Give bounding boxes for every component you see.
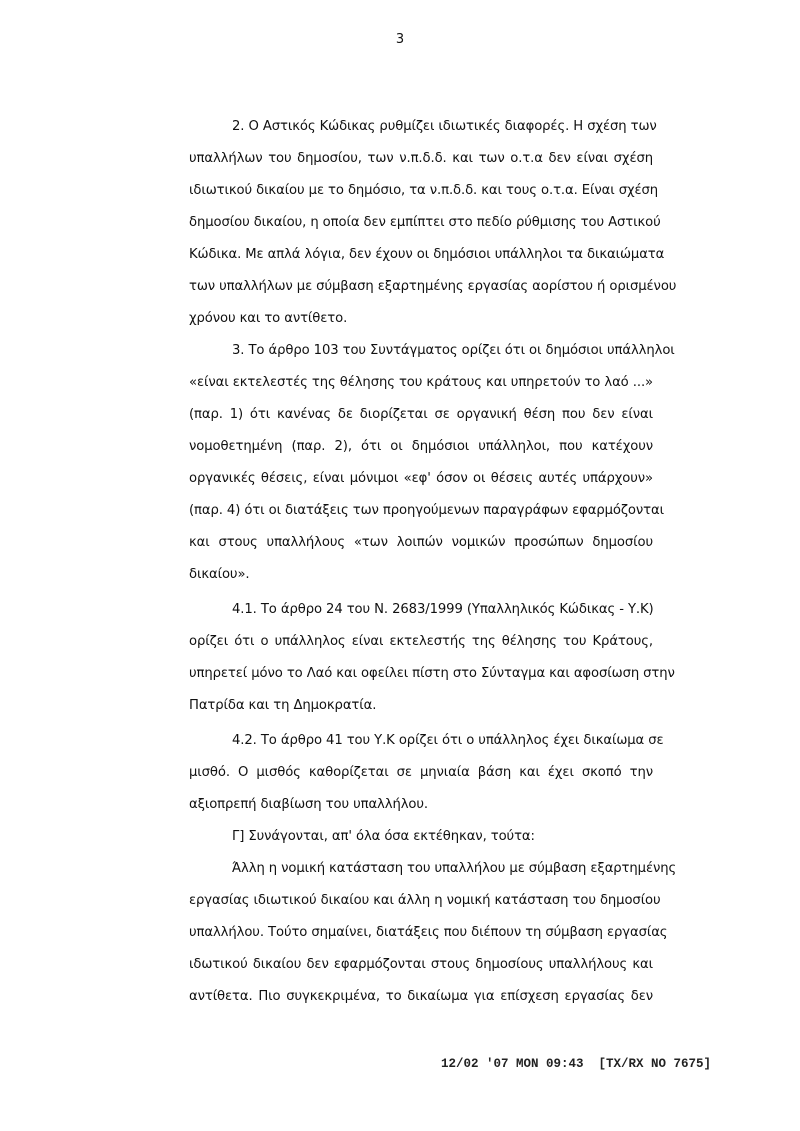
- paragraph-4-1: 4.1. Το άρθρο 24 του Ν. 2683/1999 (Υπαλλ…: [189, 594, 653, 722]
- text-line: Γ] Συνάγονται, απ' όλα όσα εκτέθηκαν, το…: [189, 821, 653, 853]
- text-line: των υπαλλήλων με σύμβαση εξαρτημένης εργ…: [189, 271, 653, 303]
- text-line: Κώδικα. Με απλά λόγια, δεν έχουν οι δημό…: [189, 239, 653, 271]
- text-line: ιδωτικού δικαίου δεν εφαρμόζονται στους …: [189, 949, 653, 981]
- text-line: αντίθετα. Πιο συγκεκριμένα, το δικαίωμα …: [189, 981, 653, 1013]
- text-line: δημοσίου δικαίου, η οποία δεν εμπίπτει σ…: [189, 207, 653, 239]
- section-gamma-heading: Γ] Συνάγονται, απ' όλα όσα εκτέθηκαν, το…: [189, 821, 653, 853]
- text-line: χρόνου και το αντίθετο.: [189, 303, 653, 335]
- text-line: Άλλη η νομική κατάσταση του υπαλλήλου με…: [189, 853, 653, 885]
- text-line: ορίζει ότι ο υπάλληλος είναι εκτελεστής …: [189, 626, 653, 658]
- text-line: (παρ. 4) ότι οι διατάξεις των προηγούμεν…: [189, 495, 653, 527]
- text-line: υπαλλήλου. Τούτο σημαίνει, διατάξεις που…: [189, 917, 653, 949]
- text-line: 4.1. Το άρθρο 24 του Ν. 2683/1999 (Υπαλλ…: [189, 594, 653, 626]
- text-line: Πατρίδα και τη Δημοκρατία.: [189, 690, 653, 722]
- page-number: 3: [0, 32, 800, 47]
- text-line: οργανικές θέσεις, είναι μόνιμοι «εφ' όσο…: [189, 463, 653, 495]
- text-line: 3. Το άρθρο 103 του Συντάγματος ορίζει ό…: [189, 335, 653, 367]
- fax-transmission-footer: 12/02 '07 MON 09:43 [TX/RX NO 7675]: [441, 1057, 711, 1071]
- text-line: 4.2. Το άρθρο 41 του Υ.Κ ορίζει ότι ο υπ…: [189, 725, 653, 757]
- text-line: υπαλλήλων του δημοσίου, των ν.π.δ.δ. και…: [189, 143, 653, 175]
- text-line: δικαίου».: [189, 559, 653, 591]
- text-line: νομοθετημένη (παρ. 2), ότι οι δημόσιοι υ…: [189, 431, 653, 463]
- text-line: ιδιωτικού δικαίου με το δημόσιο, τα ν.π.…: [189, 175, 653, 207]
- paragraph-3: 3. Το άρθρο 103 του Συντάγματος ορίζει ό…: [189, 335, 653, 591]
- paragraph-4-2: 4.2. Το άρθρο 41 του Υ.Κ ορίζει ότι ο υπ…: [189, 725, 653, 821]
- text-line: εργασίας ιδιωτικού δικαίου και άλλη η νο…: [189, 885, 653, 917]
- text-line: «είναι εκτελεστές της θέλησης του κράτου…: [189, 367, 653, 399]
- paragraph-2: 2. Ο Αστικός Κώδικας ρυθμίζει ιδιωτικές …: [189, 111, 653, 335]
- text-line: αξιοπρεπή διαβίωση του υπαλλήλου.: [189, 789, 653, 821]
- text-line: υπηρετεί μόνο το Λαό και οφείλει πίστη σ…: [189, 658, 653, 690]
- document-body: 2. Ο Αστικός Κώδικας ρυθμίζει ιδιωτικές …: [189, 111, 653, 1013]
- text-line: (παρ. 1) ότι κανένας δε διορίζεται σε ορ…: [189, 399, 653, 431]
- text-line: 2. Ο Αστικός Κώδικας ρυθμίζει ιδιωτικές …: [189, 111, 653, 143]
- paragraph-conclusion: Άλλη η νομική κατάσταση του υπαλλήλου με…: [189, 853, 653, 1013]
- text-line: μισθό. Ο μισθός καθορίζεται σε μηνιαία β…: [189, 757, 653, 789]
- text-line: και στους υπαλλήλους «των λοιπών νομικών…: [189, 527, 653, 559]
